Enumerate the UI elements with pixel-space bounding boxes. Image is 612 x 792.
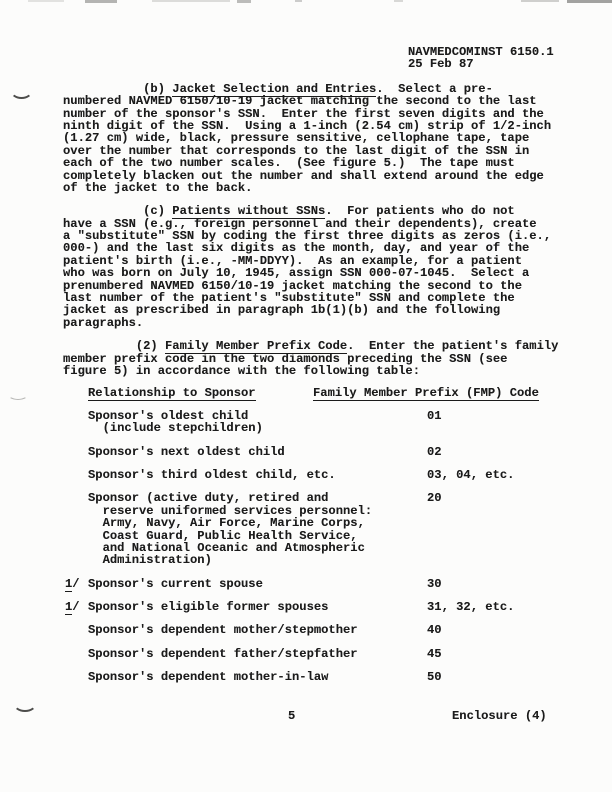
page-footer: 5 Enclosure (4) [63, 710, 568, 723]
table-body: Sponsor's oldest child (include stepchil… [63, 410, 568, 684]
fmp-code-value: 50 [427, 671, 442, 683]
text-line: Sponsor's dependent father/stepfather [88, 648, 568, 660]
document-header: NAVMEDCOMINST 6150.1 25 Feb 87 [408, 46, 568, 71]
fmp-code-value: 31, 32, etc. [427, 601, 514, 613]
relationship-label: Sponsor's dependent father/stepfather [88, 648, 568, 660]
text-line: of the jacket to the back. [63, 182, 568, 194]
fmp-code-value: 40 [427, 624, 442, 636]
text-run: Sponsor's third oldest child, etc. [88, 468, 336, 482]
table-row: Sponsor's oldest child (include stepchil… [63, 410, 568, 435]
text-line: Administration) [88, 554, 568, 566]
table-row: Sponsor's next oldest child02 [63, 446, 568, 458]
paragraph: (c) Patients without SSNs. For patients … [63, 205, 568, 329]
column-header-relationship: Relationship to Sponsor [88, 387, 256, 400]
fmp-code-value: 45 [427, 648, 442, 660]
margin-pen-arc-mark [10, 81, 33, 99]
scan-edge-mark [295, 0, 302, 2]
relationship-label: Sponsor's oldest child (include stepchil… [88, 410, 568, 435]
scan-edge-mark [28, 0, 64, 2]
paragraph: (2) Family Member Prefix Code. Enter the… [63, 340, 568, 377]
scan-edge-mark [567, 0, 612, 3]
table-header-row: Relationship to Sponsor Family Member Pr… [63, 387, 568, 399]
text-run: Sponsor's dependent mother-in-law [88, 670, 328, 684]
text-run: / [72, 577, 79, 591]
fmp-code-value: 01 [427, 410, 442, 422]
text-run: Sponsor's dependent mother/stepmother [88, 623, 358, 637]
doc-date: 25 Feb 87 [408, 58, 568, 70]
text-line: (include stepchildren) [88, 422, 568, 434]
text-line: paragraphs. [63, 317, 568, 329]
scan-edge-mark [237, 0, 251, 3]
table-row: Sponsor's dependent mother-in-law50 [63, 671, 568, 683]
fmp-code-value: 20 [427, 492, 442, 504]
scan-edge-mark [394, 0, 403, 2]
text-line: Sponsor's dependent mother/stepmother [88, 624, 568, 636]
relationship-label: Sponsor's next oldest child [88, 446, 568, 458]
text-run: (include stepchildren) [88, 421, 263, 435]
enclosure-label: Enclosure (4) [452, 710, 547, 722]
text-run: Administration) [88, 553, 212, 567]
table-row: Sponsor's dependent mother/stepmother40 [63, 624, 568, 636]
table-row: Sponsor's third oldest child, etc.03, 04… [63, 469, 568, 481]
fmp-code-value: 02 [427, 446, 442, 458]
margin-pen-arc-mark [6, 385, 30, 400]
text-run: figure 5) in accordance with the followi… [63, 364, 420, 378]
body-paragraphs: (b) Jacket Selection and Entries. Select… [63, 83, 568, 378]
relationship-label: Sponsor's dependent mother-in-law [88, 671, 568, 683]
text-line: Sponsor's current spouse [88, 578, 568, 590]
text-run: Sponsor's eligible former spouses [88, 600, 328, 614]
scan-edge-mark [152, 0, 230, 2]
text-run: Sponsor's current spouse [88, 577, 263, 591]
table-row: Sponsor (active duty, retired and reserv… [63, 492, 568, 566]
relationship-label: Sponsor (active duty, retired and reserv… [88, 492, 568, 566]
fmp-code-value: 03, 04, etc. [427, 469, 514, 481]
margin-pen-arc-mark [13, 694, 37, 712]
fmp-code-table: Relationship to Sponsor Family Member Pr… [63, 387, 568, 683]
paragraph: (b) Jacket Selection and Entries. Select… [63, 83, 568, 195]
scan-edge-mark [85, 0, 117, 3]
page-number: 5 [288, 710, 295, 722]
text-run: Sponsor's dependent father/stepfather [88, 647, 358, 661]
document-content: NAVMEDCOMINST 6150.1 25 Feb 87 (b) Jacke… [63, 46, 568, 723]
text-run: Sponsor's next oldest child [88, 445, 285, 459]
text-run: paragraphs. [63, 316, 143, 330]
scan-edge-mark [521, 0, 559, 2]
text-run: / [72, 600, 79, 614]
relationship-label: Sponsor's current spouse [88, 578, 568, 590]
relationship-label: Sponsor's dependent mother/stepmother [88, 624, 568, 636]
table-row: 1/Sponsor's eligible former spouses31, 3… [63, 601, 568, 613]
text-line: Sponsor's next oldest child [88, 446, 568, 458]
column-header-fmp-code: Family Member Prefix (FMP) Code [313, 387, 539, 400]
text-line: figure 5) in accordance with the followi… [63, 365, 568, 377]
scanned-document-page: NAVMEDCOMINST 6150.1 25 Feb 87 (b) Jacke… [0, 0, 612, 792]
table-row: 1/Sponsor's current spouse30 [63, 578, 568, 590]
fmp-code-value: 30 [427, 578, 442, 590]
table-row: Sponsor's dependent father/stepfather45 [63, 648, 568, 660]
text-run: of the jacket to the back. [63, 181, 252, 195]
footnote-prefix: 1/ [65, 578, 80, 590]
text-line: Sponsor's dependent mother-in-law [88, 671, 568, 683]
footnote-prefix: 1/ [65, 601, 80, 613]
